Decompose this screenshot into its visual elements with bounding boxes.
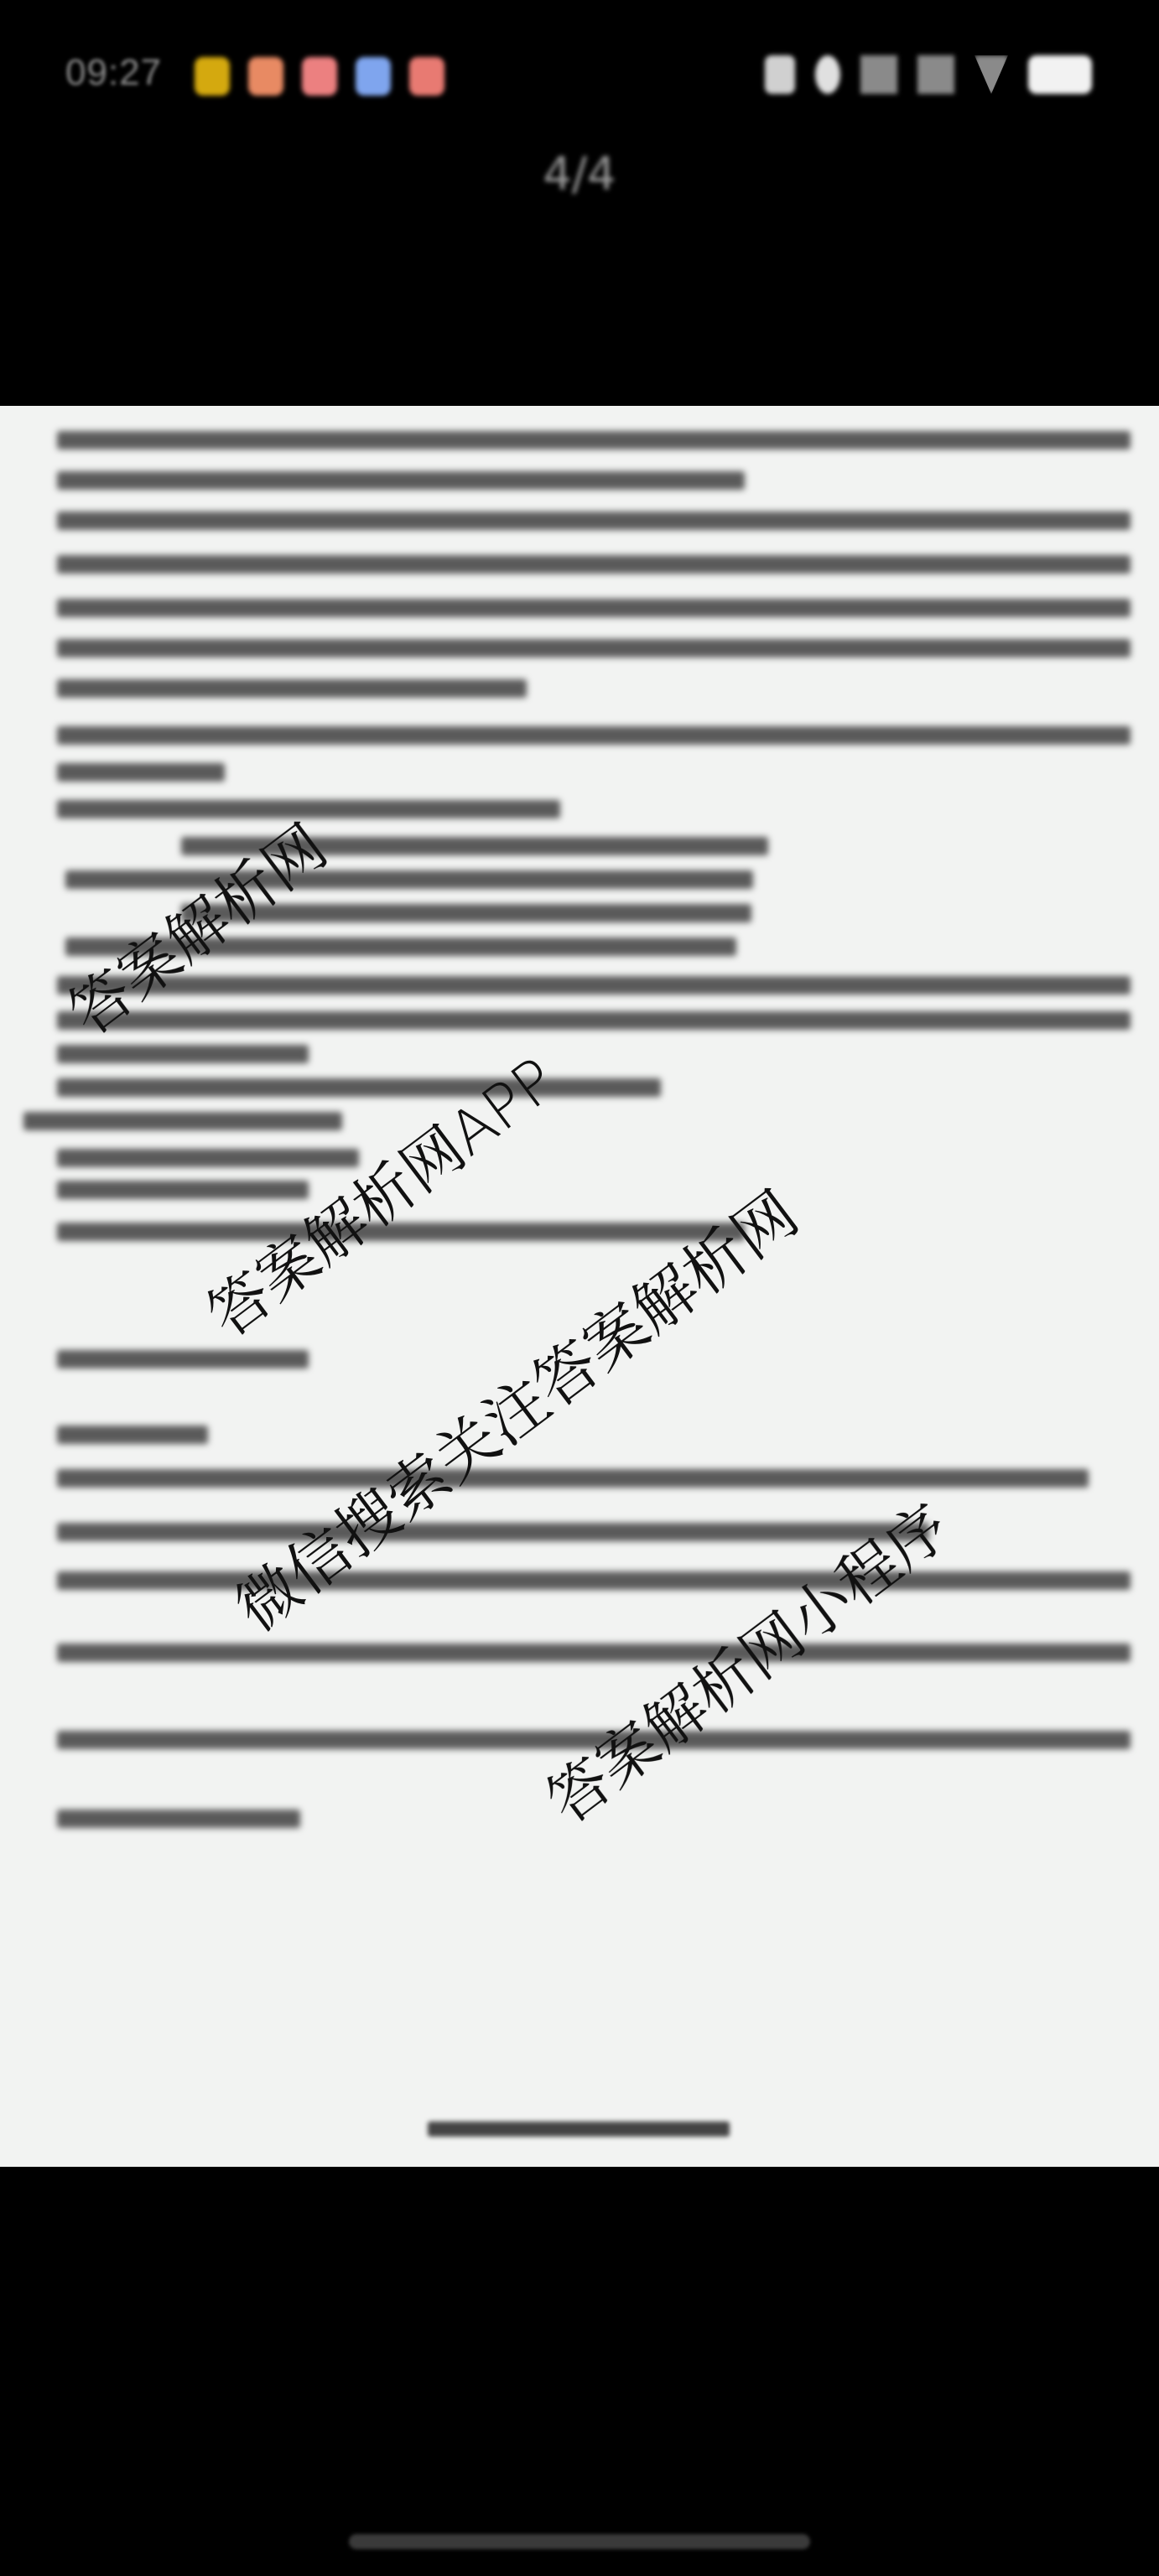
vibrate-icon bbox=[815, 55, 840, 94]
home-indicator[interactable] bbox=[349, 2534, 810, 2549]
battery-icon bbox=[1028, 55, 1092, 94]
document-page[interactable] bbox=[0, 406, 1159, 2167]
wifi-icon bbox=[974, 55, 1008, 94]
signal-icon bbox=[860, 55, 897, 94]
app-notification-orange-icon bbox=[248, 57, 283, 96]
page-footer bbox=[428, 2121, 730, 2142]
app-notification-yellow-icon bbox=[195, 57, 230, 96]
app-notification-blue-icon bbox=[356, 57, 391, 96]
status-time: 09:27 bbox=[65, 52, 162, 94]
notification-icons bbox=[195, 57, 444, 96]
app-notification-pink-icon bbox=[302, 57, 337, 96]
page-indicator: 4/4 bbox=[0, 148, 1159, 200]
signal-icon-2 bbox=[917, 55, 954, 94]
status-bar: 09:27 bbox=[0, 0, 1159, 151]
alarm-icon bbox=[765, 55, 795, 94]
app-notification-red-icon bbox=[409, 57, 444, 96]
system-icons bbox=[765, 55, 1092, 94]
